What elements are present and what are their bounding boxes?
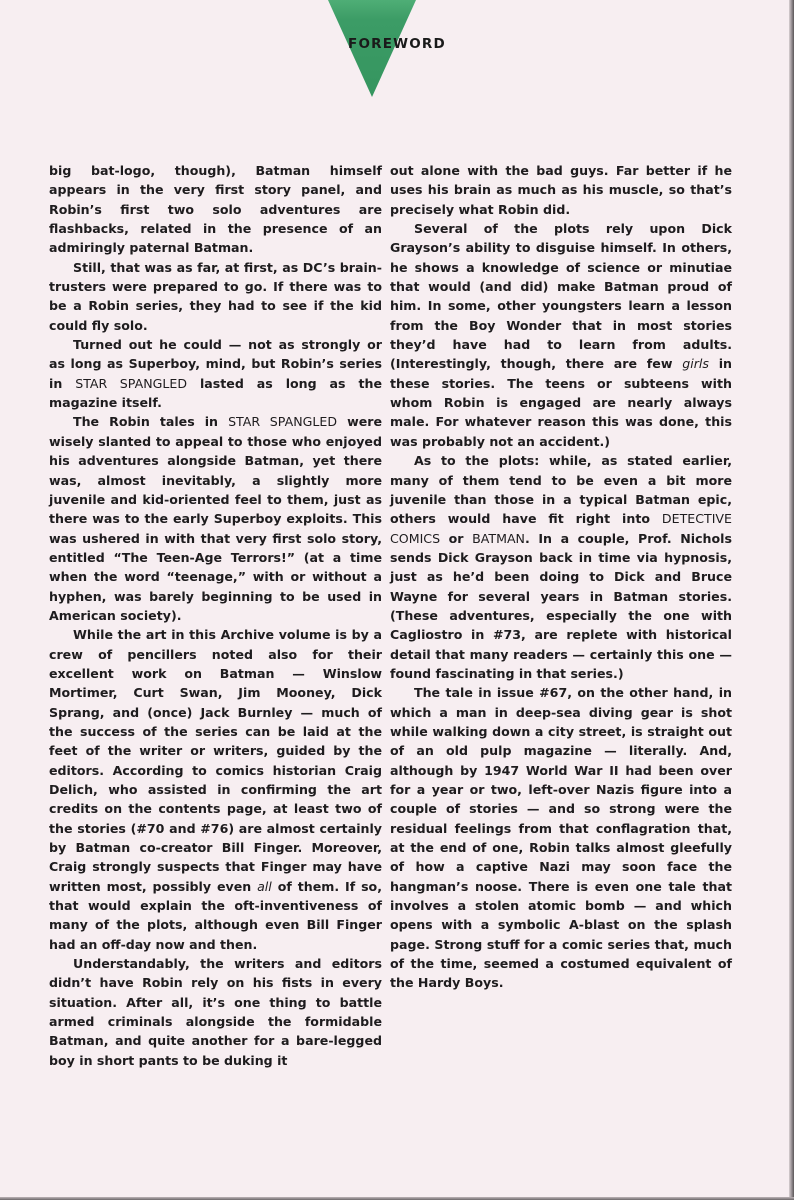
page-edge-shadow <box>789 0 794 1200</box>
section-title: FOREWORD <box>0 36 794 52</box>
paragraph: out alone with the bad guys. Far better … <box>390 161 732 219</box>
paragraph: Turned out he could — not as strongly or… <box>49 335 382 412</box>
paragraph: Understandably, the writers and editors … <box>49 954 382 1070</box>
text-run: Several of the plots rely upon Dick Gray… <box>390 221 732 371</box>
paragraph: Still, that was as far, at first, as DC’… <box>49 258 382 335</box>
paragraph: The tale in issue #67, on the other hand… <box>390 683 732 993</box>
text-run: . In a couple, Prof. Nichols sends Dick … <box>390 531 732 681</box>
publication-title: STAR SPANGLED <box>75 376 187 391</box>
paragraph: Several of the plots rely upon Dick Gray… <box>390 219 732 451</box>
emphasis: all <box>257 879 272 894</box>
text-run: The Robin tales in <box>73 414 228 429</box>
publication-title: BATMAN <box>472 531 525 546</box>
paragraph: The Robin tales in STAR SPANGLED were wi… <box>49 412 382 625</box>
left-text-column: big bat-logo, though), Batman himself ap… <box>49 161 382 1070</box>
text-run: were wisely slanted to appeal to those w… <box>49 414 382 622</box>
paragraph: As to the plots: while, as stated earlie… <box>390 451 732 683</box>
paragraph: While the art in this Archive volume is … <box>49 625 382 954</box>
paragraph: big bat-logo, though), Batman himself ap… <box>49 161 382 258</box>
text-run: or <box>440 531 472 546</box>
text-run: While the art in this Archive volume is … <box>49 627 382 893</box>
publication-title: STAR SPANGLED <box>228 414 337 429</box>
emphasis: girls <box>682 356 709 371</box>
right-text-column: out alone with the bad guys. Far better … <box>390 161 732 993</box>
